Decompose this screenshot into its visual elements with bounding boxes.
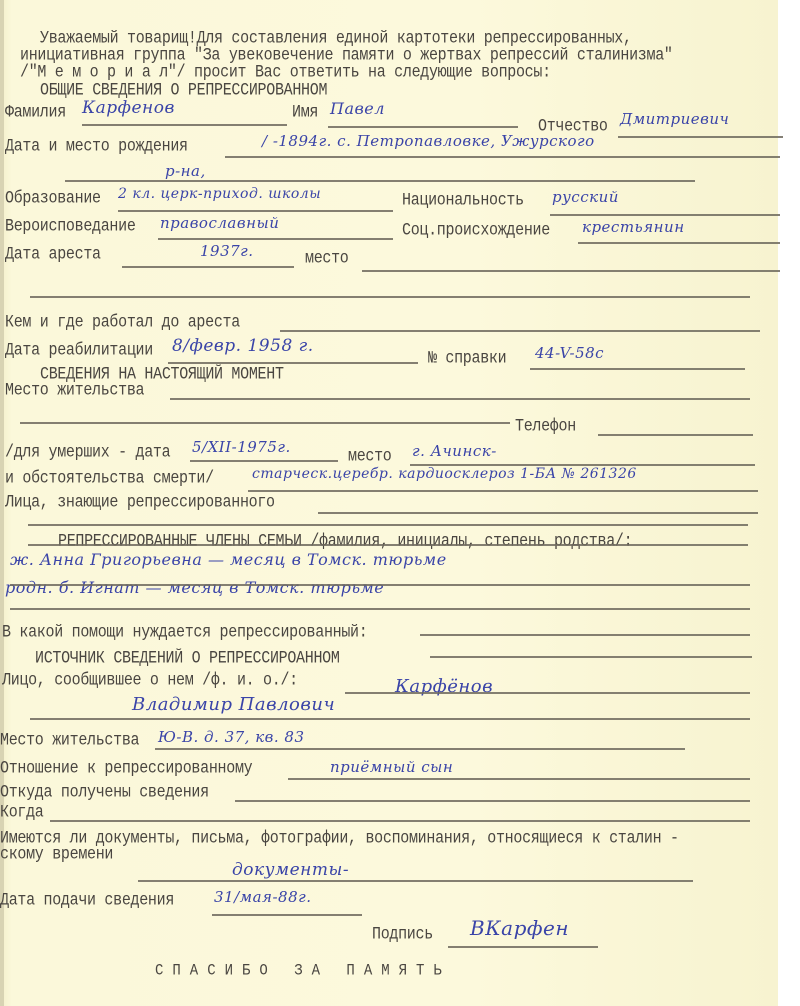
when-label: Когда (0, 804, 44, 822)
birth-underline-1 (225, 156, 780, 158)
family-underline-0 (28, 544, 748, 546)
rehab-value[interactable]: 8/февр. 1958 г. (172, 336, 314, 356)
current-residence-label: Место жительства (5, 382, 144, 400)
witnesses-underline-2 (28, 524, 748, 526)
education-underline (118, 210, 393, 212)
docs-underline (138, 880, 693, 882)
source-person-underline-2 (30, 718, 750, 720)
education-value[interactable]: 2 кл. церк-приход. школы (118, 186, 321, 202)
submit-value[interactable]: 31/мая-88г. (214, 888, 311, 906)
family-underline-1 (10, 584, 750, 586)
death-place-label: место (348, 448, 392, 466)
patronymic-value[interactable]: Дмитриевич (620, 110, 729, 128)
current-residence-underline (170, 398, 750, 400)
source-person-label: Лицо, сообщившее о нем /ф. и. о./: (2, 672, 298, 690)
work-label: Кем и где работал до ареста (5, 314, 240, 332)
section-family-heading: РЕПРЕССИРОВАННЫЕ ЧЛЕНЫ СЕМЬИ /фамилия, и… (58, 533, 632, 551)
birth-value-line-2[interactable]: р-на, (165, 162, 206, 180)
when-underline (50, 820, 750, 822)
nationality-label: Национальность (402, 192, 524, 210)
family-line-1[interactable]: ж. Анна Григорьевна — месяц в Томск. тюр… (10, 550, 447, 569)
arrest-extra-underline (30, 296, 750, 298)
rehab-underline (168, 362, 418, 364)
social-label: Соц.происхождение (402, 222, 550, 240)
relation-label: Отношение к репрессированному (0, 760, 252, 778)
death-circ-label: и обстоятельства смерти/ (5, 470, 214, 488)
help-underline (420, 634, 750, 636)
surname-underline (82, 124, 287, 126)
surname-label: Фамилия (5, 104, 66, 122)
birth-value-line-1[interactable]: / -1894г. с. Петропавловке, Ужурского (262, 132, 595, 150)
current-residence-underline-2 (20, 422, 510, 424)
death-circ-underline (248, 490, 758, 492)
social-underline (578, 242, 780, 244)
help-label: В какой помощи нуждается репрессированны… (2, 624, 367, 642)
certificate-value[interactable]: 44-V-58с (535, 344, 604, 362)
religion-value[interactable]: православный (160, 214, 279, 232)
source-residence-value[interactable]: Ю-В. д. 37, кв. 83 (158, 728, 305, 746)
death-date-underline (190, 460, 338, 462)
surname-value[interactable]: Карфенов (82, 98, 175, 118)
nationality-value[interactable]: русский (552, 188, 619, 206)
arrest-place-label: место (305, 250, 349, 268)
from-label: Откуда получены сведения (0, 784, 209, 802)
signature-value[interactable]: ВКарфен (470, 916, 569, 940)
death-date-value[interactable]: 5/XII-1975г. (192, 438, 291, 456)
help-underline-2 (430, 656, 752, 658)
witnesses-underline (318, 512, 758, 514)
source-residence-underline (155, 748, 685, 750)
from-underline (235, 800, 750, 802)
source-person-underline (345, 692, 750, 694)
name-underline (328, 126, 518, 128)
nationality-underline (550, 214, 780, 216)
phone-label: Телефон (515, 418, 576, 436)
patronymic-underline (618, 136, 783, 138)
education-label: Образование (5, 190, 101, 208)
rehab-label: Дата реабилитации (5, 342, 153, 360)
witnesses-label: Лица, знающие репрессированного (5, 494, 275, 512)
signature-underline (448, 946, 598, 948)
section-source-heading: ИСТОЧНИК СВЕДЕНИЙ О РЕПРЕССИРОАННОМ (35, 650, 340, 668)
submit-label: Дата подачи сведения (0, 892, 174, 910)
name-value[interactable]: Павел (330, 99, 385, 118)
arrest-date-value[interactable]: 1937г. (200, 242, 254, 260)
certificate-underline (530, 368, 745, 370)
arrest-place-underline (362, 270, 780, 272)
relation-underline (288, 778, 750, 780)
intro-line-3: /"М е м о р и а л"/ просит Вас ответить … (20, 64, 551, 82)
name-label: Имя (292, 104, 318, 122)
footer-thanks: СПАСИБО ЗА ПАМЯТЬ (155, 962, 451, 980)
source-residence-label: Место жительства (0, 732, 139, 750)
arrest-date-underline (122, 266, 294, 268)
submit-underline (212, 914, 362, 916)
death-place-value[interactable]: г. Ачинск- (412, 442, 497, 460)
social-value[interactable]: крестьянин (582, 218, 685, 236)
certificate-label: № справки (428, 350, 506, 368)
family-line-2[interactable]: родн. б. Игнат — месяц в Томск. тюрьме (5, 578, 384, 597)
religion-underline (158, 238, 393, 240)
family-underline-2 (10, 608, 750, 610)
birth-underline-2 (65, 180, 695, 182)
work-underline (280, 330, 760, 332)
relation-value[interactable]: приёмный сын (330, 758, 453, 776)
arrest-date-label: Дата ареста (5, 246, 101, 264)
docs-label-2: скому времени (0, 846, 113, 864)
religion-label: Вероисповедание (5, 218, 136, 236)
phone-underline (598, 434, 753, 436)
death-circ-value[interactable]: старческ.церебр. кардиосклероз 1-БА № 26… (252, 466, 637, 482)
source-person-value-2[interactable]: Владимир Павлович (132, 694, 335, 715)
birth-label: Дата и место рождения (5, 138, 188, 156)
docs-value[interactable]: документы- (232, 860, 349, 880)
signature-label: Подпись (372, 926, 433, 944)
death-date-label: /для умерших - дата (5, 444, 170, 462)
